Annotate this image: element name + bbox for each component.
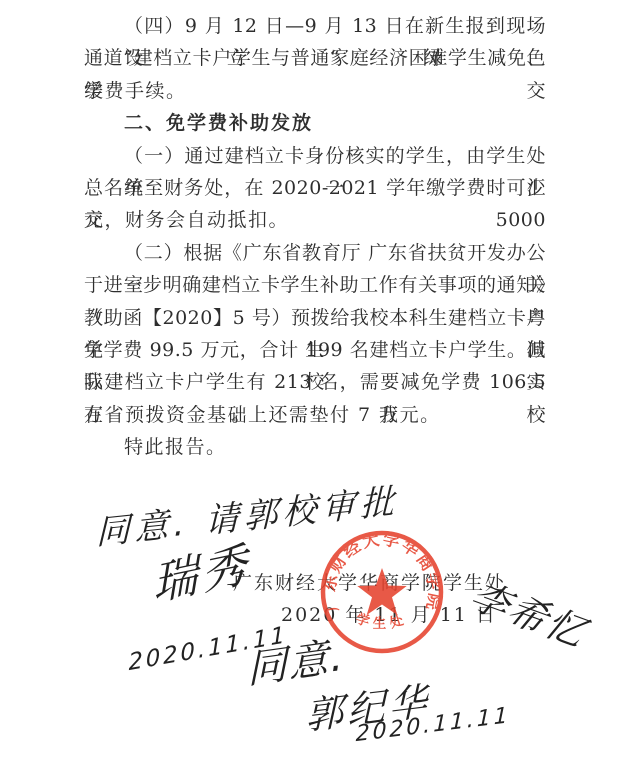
body-line: 际建档立卡户学生有 213 名，需要减免学费 106.5 万。我校 bbox=[84, 366, 546, 398]
document-body: （四）9 月 12 日—9 月 13 日在新生报到现场设立“绿色 通道”建档立卡… bbox=[84, 10, 546, 463]
body-line: 于进一步明确建档立卡学生补助工作有关事项的通知》（粤 bbox=[84, 269, 546, 301]
body-line: 总名单至财务处，在 2020-2021 学年缴学费时可少交 5000 bbox=[84, 172, 546, 204]
body-line: （一）通过建档立卡身份核实的学生，由学生处统一汇 bbox=[84, 140, 546, 172]
section-heading: 二、免学费补助发放 bbox=[84, 107, 546, 139]
scanned-document-page: （四）9 月 12 日—9 月 13 日在新生报到现场设立“绿色 通道”建档立卡… bbox=[0, 0, 631, 773]
body-line: 通道”建档立卡户学生与普通家庭经济困难学生减免、缓交 bbox=[84, 42, 546, 74]
body-line: 教助函【2020】5 号）预拨给我校本科生建档立卡户学生减 bbox=[84, 302, 546, 334]
handwritten-signature-3: 李希忆 bbox=[462, 566, 599, 657]
body-line: （二）根据《广东省教育厅 广东省扶贫开发办公室关 bbox=[84, 237, 546, 269]
body-line: （四）9 月 12 日—9 月 13 日在新生报到现场设立“绿色 bbox=[84, 10, 546, 42]
signoff-department: 广东财经大学华商学院学生处 bbox=[233, 568, 506, 595]
body-line: 免学费 99.5 万元，合计 199 名建档立卡户学生。但我校实 bbox=[84, 334, 546, 366]
closing-line: 特此报告。 bbox=[84, 431, 546, 463]
